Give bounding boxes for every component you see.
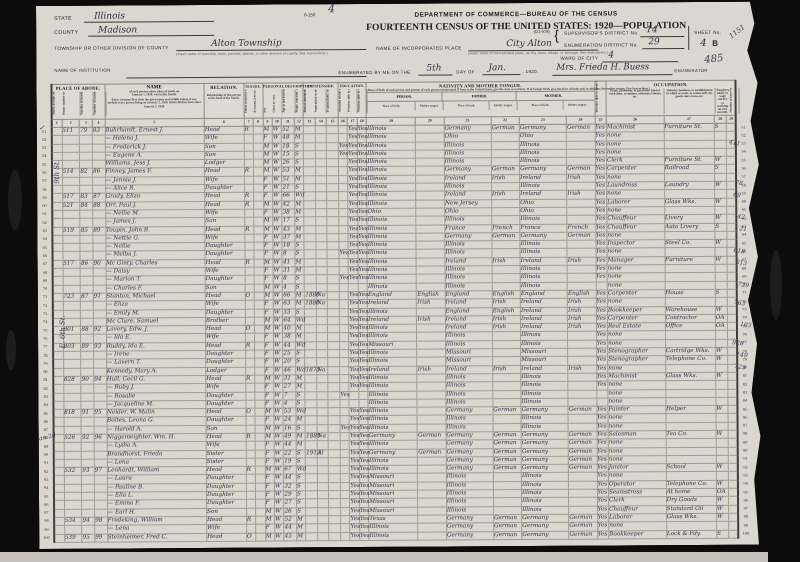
cell-race: W (273, 300, 282, 308)
cell-pob: Missouri (369, 474, 418, 483)
cell-write: Yes (357, 125, 366, 133)
cell-age: 44 (284, 524, 297, 532)
cell-cls: S (714, 165, 727, 173)
cell-natyr (328, 416, 340, 424)
cell-rel: Wife (206, 383, 246, 392)
census-sheet: STATE Illinois COUNTY Madison TOWNSHIP O… (36, 2, 763, 549)
cell-street (52, 227, 63, 235)
cell-race: W (274, 441, 283, 449)
cell-age: 52 (282, 126, 295, 134)
cell-cls (716, 439, 729, 447)
cell-mar: Wd (296, 466, 306, 474)
cell-tongue: German (418, 432, 446, 440)
nativity-person-label: PERSON. (367, 93, 442, 101)
cell-line-number-right: 90 (738, 447, 752, 455)
pencil-number: 103 (740, 321, 752, 329)
cell-natyr (329, 482, 341, 490)
cell-tongue (417, 382, 445, 390)
cell-write: Yes (358, 341, 367, 349)
cell-rel: Head (206, 433, 246, 442)
cell-pob: Illinois (367, 133, 416, 142)
cell-mtongue (568, 356, 596, 364)
cell-house (64, 501, 82, 509)
cell-mtongue: German (568, 439, 596, 447)
cell-fam (94, 459, 107, 467)
cell-mpob: Illinois (521, 473, 568, 482)
cell-house (62, 235, 80, 243)
cell-nat (317, 350, 329, 358)
cell-mtongue: Irish (567, 174, 595, 182)
cell-mtongue: Irish (568, 365, 596, 373)
cell-house: 517 (63, 260, 81, 268)
cell-mpob: Illinois (521, 390, 568, 399)
cell-ten: R (245, 259, 254, 267)
cell-farm (728, 273, 737, 281)
cell-natyr (327, 159, 339, 167)
cell-read: Yes (350, 507, 359, 515)
cell-nat (316, 242, 328, 250)
cell-mar: S (296, 458, 306, 466)
cell-ten (245, 350, 254, 358)
cell-mtongue: German (569, 531, 597, 539)
cell-eng: Yes (596, 307, 608, 315)
cell-fam: 95 (94, 409, 107, 417)
pencil-number: 928 (732, 339, 744, 347)
col-label-industry: Industry, business, or establishment in … (664, 88, 715, 114)
cell-cls (714, 132, 727, 140)
cell-fpob: Illinois (445, 340, 492, 349)
cell-age: 29 (284, 491, 297, 499)
cell-mar: Wd (295, 317, 305, 325)
cell-age: 25 (283, 350, 296, 358)
cell-mar: S (297, 508, 307, 516)
cell-ind (665, 273, 715, 282)
cell-dw (80, 218, 93, 226)
cell-ln: 53 (38, 144, 52, 152)
cell-fam: 97 (94, 467, 107, 475)
cell-ftongue: German (493, 432, 521, 440)
cell-dw (82, 451, 95, 459)
cell-write: Yes (357, 167, 366, 175)
cell-nat (316, 317, 328, 325)
cell-fpob: Ireland (445, 299, 492, 308)
cell-age: 33 (283, 308, 296, 316)
cell-natyr (328, 325, 340, 333)
cell-eng: Yes (596, 356, 608, 364)
cell-rel: Head (205, 292, 245, 301)
cell-ftongue (491, 133, 519, 141)
cell-ten: R (244, 168, 253, 176)
cell-race: W (274, 408, 283, 416)
cell-line-number-right: 81 (738, 372, 752, 380)
cell-occ: none (607, 298, 665, 307)
cell-eng: Yes (597, 464, 609, 472)
cell-occ: Machinist (608, 373, 666, 382)
cell-read: Yes (349, 383, 358, 391)
cell-tongue (416, 142, 444, 150)
cell-tongue (416, 241, 444, 249)
cell-read: Yes (349, 316, 358, 324)
cell-ftongue (492, 349, 520, 357)
cell-house (64, 418, 82, 426)
cell-nat (317, 400, 329, 408)
cell-mtongue (568, 414, 596, 422)
cell-mpob: Germany (521, 456, 568, 465)
cell-mtongue (569, 497, 597, 505)
cell-ten (245, 300, 254, 308)
cell-street (53, 360, 64, 368)
cell-tongue (416, 191, 444, 199)
column-number: 25 (595, 116, 607, 124)
cell-mpob: France (520, 224, 567, 233)
table-body: 515117983Buhrhardt, Ernest J.HeadRMW52MY… (38, 123, 753, 542)
cell-ind: At home (666, 488, 716, 497)
cell-mpob: Germany (521, 448, 568, 457)
cell-eng: Yes (596, 315, 608, 323)
cell-sch: Yes (338, 150, 347, 158)
cell-ten (245, 267, 254, 275)
col-label-free-mortgaged: If owned, free or mortgaged. (253, 90, 263, 114)
cell-occ: none (608, 389, 666, 398)
cell-fpob: Ohio (444, 133, 491, 142)
cell-mpob: Ireland (521, 323, 568, 332)
cell-ftongue: German (491, 125, 519, 133)
cell-ln: 56 (38, 169, 52, 177)
cell-dw: 90 (81, 376, 94, 384)
cell-sex: F (265, 483, 274, 491)
cell-mort (254, 300, 263, 308)
cell-street (52, 268, 63, 276)
cell-eng: Yes (596, 273, 608, 281)
cell-nat (316, 234, 328, 242)
cell-cls: OA (716, 488, 729, 496)
col-label-employer-class: Employer, salary or wage worker, or work… (715, 88, 730, 114)
cell-ftongue: Irish (492, 299, 520, 307)
cell-mpob: Ireland (521, 365, 568, 374)
cell-fpob: Illinois (444, 158, 491, 167)
cell-ind (665, 397, 715, 406)
cell-imm (305, 400, 317, 408)
cell-fpob: Illinois (446, 423, 493, 432)
cell-imm (306, 466, 318, 474)
cell-tongue (418, 482, 446, 490)
cell-write: Yes (357, 159, 366, 167)
cell-occ: none (609, 522, 667, 531)
cell-tongue (416, 133, 444, 141)
cell-fpob: New Jersey (444, 199, 491, 208)
cell-imm (306, 483, 318, 491)
cell-imm (304, 151, 316, 159)
cell-race: W (274, 375, 283, 383)
cell-rel: Sister (206, 450, 246, 459)
cell-cls: W (716, 463, 729, 471)
cell-imm (304, 134, 316, 142)
cell-pob: Illinois (368, 407, 417, 416)
cell-write: Yes (359, 482, 368, 490)
cell-rel: Daughter (205, 242, 245, 251)
cell-dw (81, 401, 94, 409)
cell-dw (82, 525, 95, 533)
cell-race: W (273, 267, 282, 275)
cell-ftongue: Irish (492, 257, 520, 265)
cell-eng (596, 398, 608, 406)
cell-mpob: Germany (520, 232, 567, 241)
cell-mpob: Germany (522, 523, 569, 532)
cell-rel: Wife (205, 334, 245, 343)
cell-natyr (328, 292, 340, 300)
col-label-color-race: Color or race. (272, 89, 282, 113)
cell-house (63, 301, 81, 309)
cell-cls (715, 281, 728, 289)
cell-mort (255, 375, 264, 383)
cell-imm (304, 217, 316, 225)
cell-nat (316, 209, 328, 217)
cell-dw: 86 (80, 260, 93, 268)
township-caption: (Insert name of township, town, precinct… (176, 51, 328, 56)
column-number: 6 (204, 118, 244, 126)
cell-mar: M (295, 267, 305, 275)
cell-race: W (272, 167, 281, 175)
person-mother-tongue-label: Mother tongue. (415, 102, 443, 111)
cell-mort (254, 275, 263, 283)
cell-imm (306, 491, 318, 499)
cell-line-number-right: 85 (738, 405, 752, 413)
cell-tongue (417, 341, 445, 349)
cell-sex: F (264, 392, 273, 400)
cell-age: 15 (282, 151, 295, 159)
cell-read: Yes (348, 167, 357, 175)
cell-cls: S (715, 289, 728, 297)
cell-ln: 73 (39, 310, 53, 318)
table-header: PLACE OF ABODE. Street, avenue, road, et… (37, 80, 749, 127)
cell-tongue: English (417, 291, 445, 299)
county-label: COUNTY (54, 30, 78, 36)
cell-ln: 55 (38, 161, 52, 169)
cell-ten (245, 276, 254, 284)
cell-imm (304, 250, 316, 258)
cell-ln: 89 (40, 443, 54, 451)
cell-nat (317, 383, 329, 391)
cell-ten (246, 441, 255, 449)
cell-rel: Brother (205, 317, 245, 326)
cell-farm (729, 455, 738, 463)
cell-fpob: Ireland (445, 257, 492, 266)
cell-age: 53 (283, 408, 296, 416)
sheet-letter: B (712, 39, 718, 48)
cell-age: 4 (283, 284, 296, 292)
cell-house: 539 (64, 534, 82, 542)
cell-ln: 64 (38, 235, 52, 243)
cell-fam (92, 135, 105, 143)
cell-mpob: Ohio (520, 199, 567, 208)
cell-age: 27 (283, 383, 296, 391)
cell-race: W (272, 159, 281, 167)
cell-mtongue: Irish (568, 323, 596, 331)
cell-age: 40 (283, 325, 296, 333)
cell-ten: R (246, 433, 255, 441)
cell-ten: R (244, 126, 253, 134)
cell-write: Yes (360, 532, 369, 540)
cell-pob: Missouri (369, 490, 418, 499)
column-number: 23 (519, 116, 566, 124)
cell-cls: W (716, 497, 729, 505)
cell-ten (245, 234, 254, 242)
cell-ind: Cartridge Wks. (665, 347, 715, 356)
cell-fpob: France (445, 224, 492, 233)
cell-cls (716, 414, 729, 422)
supervisor-district-label: SUPERVISOR'S DISTRICT No. (564, 30, 639, 35)
cell-mpob: Missouri (521, 348, 568, 357)
cell-rel: Head (205, 201, 245, 210)
cell-fam: 93 (93, 343, 106, 351)
cell-imm: 1880 (305, 292, 317, 300)
cell-ln: 85 (39, 409, 53, 417)
cell-line-number-right: 98 (738, 513, 752, 521)
cell-nat (317, 491, 329, 499)
cell-dw (80, 160, 93, 168)
cell-cls: W (716, 405, 729, 413)
cell-line-number-right: 92 (738, 463, 752, 471)
cell-ind: Livery (664, 215, 714, 224)
cell-line-number-right: 51 (736, 123, 750, 131)
cell-house (62, 160, 80, 168)
cell-farm (727, 223, 736, 231)
cell-cls (715, 273, 728, 281)
cell-race: W (273, 209, 282, 217)
cell-eng (596, 390, 608, 398)
cell-mar: M (297, 532, 307, 540)
cell-natyr (329, 441, 341, 449)
cell-mort (256, 508, 265, 516)
cell-nat (316, 275, 328, 283)
cell-tongue (416, 249, 444, 257)
cell-mtongue (567, 215, 595, 223)
cell-fpob: Germany (446, 407, 493, 416)
cell-race: W (274, 367, 283, 375)
col-label-attended-school: Attended school any time since Sept. 1, … (338, 89, 347, 113)
cell-mort (256, 524, 265, 532)
cell-mar: S (296, 400, 306, 408)
cell-sex: F (264, 342, 273, 350)
cell-ind (666, 439, 716, 448)
cell-rel: Daughter (206, 400, 246, 409)
cell-street (53, 385, 64, 393)
cell-imm (305, 416, 317, 424)
cell-line-number-right: 100 (739, 530, 753, 538)
cell-ftongue: English (492, 290, 520, 298)
cell-farm (729, 439, 738, 447)
cell-sex: M (265, 466, 274, 474)
cell-line-number-right: 88 (738, 430, 752, 438)
cell-line-number-right: 84 (738, 397, 752, 405)
cell-rel: Daughter (206, 475, 246, 484)
cell-tongue (416, 150, 444, 158)
cell-write: Yes (359, 432, 368, 440)
cell-ln: 57 (38, 177, 52, 185)
cell-eng: Yes (597, 506, 609, 514)
cell-ind: Standard Oil (666, 505, 716, 514)
cell-ten (245, 217, 254, 225)
cell-natyr (327, 184, 339, 192)
cell-imm (304, 176, 316, 184)
cell-ten (244, 159, 253, 167)
cell-ftongue (493, 390, 521, 398)
cell-occ: none (608, 456, 666, 465)
cell-house: 517 (62, 194, 80, 202)
cell-write: Yes (359, 441, 368, 449)
cell-mar: M (296, 375, 306, 383)
pencil-number: 723 (734, 363, 746, 371)
cell-ln: 96 (40, 501, 54, 509)
cell-eng: Yes (595, 141, 607, 149)
cell-natyr (328, 341, 340, 349)
cell-mtongue (567, 149, 595, 157)
cell-farm (728, 289, 737, 297)
cell-natyr (327, 250, 339, 258)
cell-ln: 58 (38, 185, 52, 193)
cell-ln: 76 (39, 335, 53, 343)
form-header: STATE Illinois COUNTY Madison TOWNSHIP O… (36, 2, 760, 6)
cell-race: W (274, 491, 283, 499)
cell-eng: Yes (597, 472, 609, 480)
cell-nat (317, 416, 329, 424)
cell-rel: Daughter (205, 309, 245, 318)
cell-ind: Office (665, 322, 715, 331)
cell-mtongue: German (568, 431, 596, 439)
cell-sch (339, 217, 348, 225)
cell-nat (316, 308, 328, 316)
cell-sex: F (264, 309, 273, 317)
cell-ftongue (493, 498, 521, 506)
cell-mort (253, 126, 262, 134)
cell-pob: Illinois (367, 142, 416, 151)
cell-house (62, 185, 80, 193)
cell-sex: F (263, 234, 272, 242)
pencil-number: 21 (739, 225, 748, 233)
cell-read: Yes (350, 499, 359, 507)
cell-age: 48 (282, 134, 295, 142)
cell-nat: Na (317, 366, 329, 374)
nativity-father-label: FATHER. (442, 92, 516, 100)
col-label-age: Age at last birthday. (282, 89, 295, 113)
cell-race: W (274, 474, 283, 482)
cell-street (53, 468, 64, 476)
cell-dw (80, 268, 93, 276)
column-number: 15 (327, 118, 339, 126)
cell-occ: none (608, 472, 666, 481)
cell-sex: F (265, 499, 274, 507)
cell-fpob: Ireland (444, 191, 491, 200)
col-label-speaks-english: Whether able to speak English. (595, 82, 606, 114)
cell-ten (246, 425, 255, 433)
cell-ftongue: German (492, 232, 520, 240)
cell-dw (80, 185, 93, 193)
cell-natyr (328, 300, 340, 308)
cell-imm (305, 408, 317, 416)
cell-race: W (273, 275, 282, 283)
cell-race: W (274, 458, 283, 466)
cell-eng (596, 282, 608, 290)
cell-mpob: England (520, 290, 567, 299)
cell-house (63, 268, 81, 276)
cell-mort (255, 441, 264, 449)
cell-dw (81, 318, 94, 326)
cell-rel: Daughter (206, 350, 246, 359)
cell-eng: Yes (595, 149, 607, 157)
cell-street (52, 260, 63, 268)
cell-read: Yes (348, 233, 357, 241)
cell-house (62, 136, 80, 144)
